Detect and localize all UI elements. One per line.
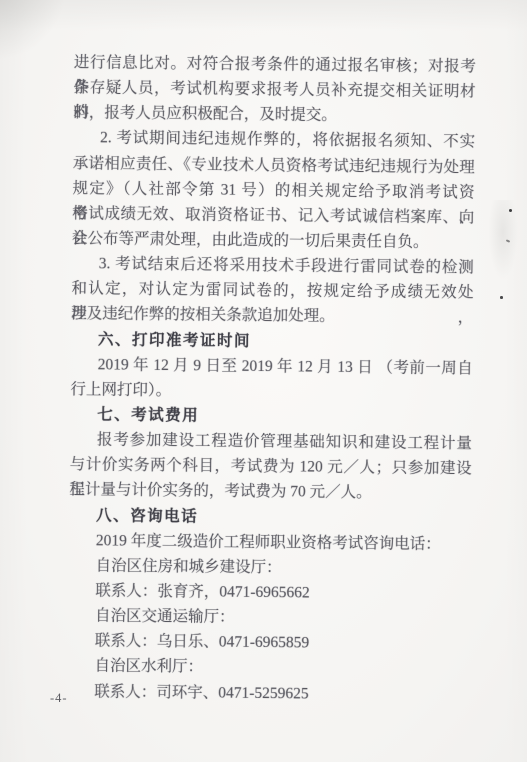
page-number: -4- <box>50 691 68 706</box>
scanned-document-page: 进行信息比对。对符合报考条件的通过报名审核；对报考条件存疑人员，考试机构要求报考… <box>0 0 527 762</box>
document-line: 承诺相应责任、《专业技术人员资格考试违纪违规行为处理 <box>73 151 475 180</box>
document-line: 自治区水利厅： <box>67 653 469 682</box>
document-line: 2. 考试期间违纪违规作弊的，将依据报名须知、不实 <box>73 125 475 154</box>
scan-speck <box>500 296 503 299</box>
document-line: 联系人：司环宇、0471-5259625 <box>67 678 469 707</box>
document-line: 程计量与计价实务的，考试费为 70 元／人。 <box>69 477 471 506</box>
scan-smudge <box>488 200 518 280</box>
document-body: 进行信息比对。对符合报考条件的通过报名审核；对报考条件存疑人员，考试机构要求报考… <box>67 50 476 708</box>
section-heading: 八、咨询电话 <box>69 503 471 532</box>
scan-speck <box>509 209 512 212</box>
document-line: 2019 年度二级造价工程师职业资格考试咨询电话： <box>69 528 471 557</box>
section-heading: 六、打印准考证时间 <box>71 327 473 356</box>
